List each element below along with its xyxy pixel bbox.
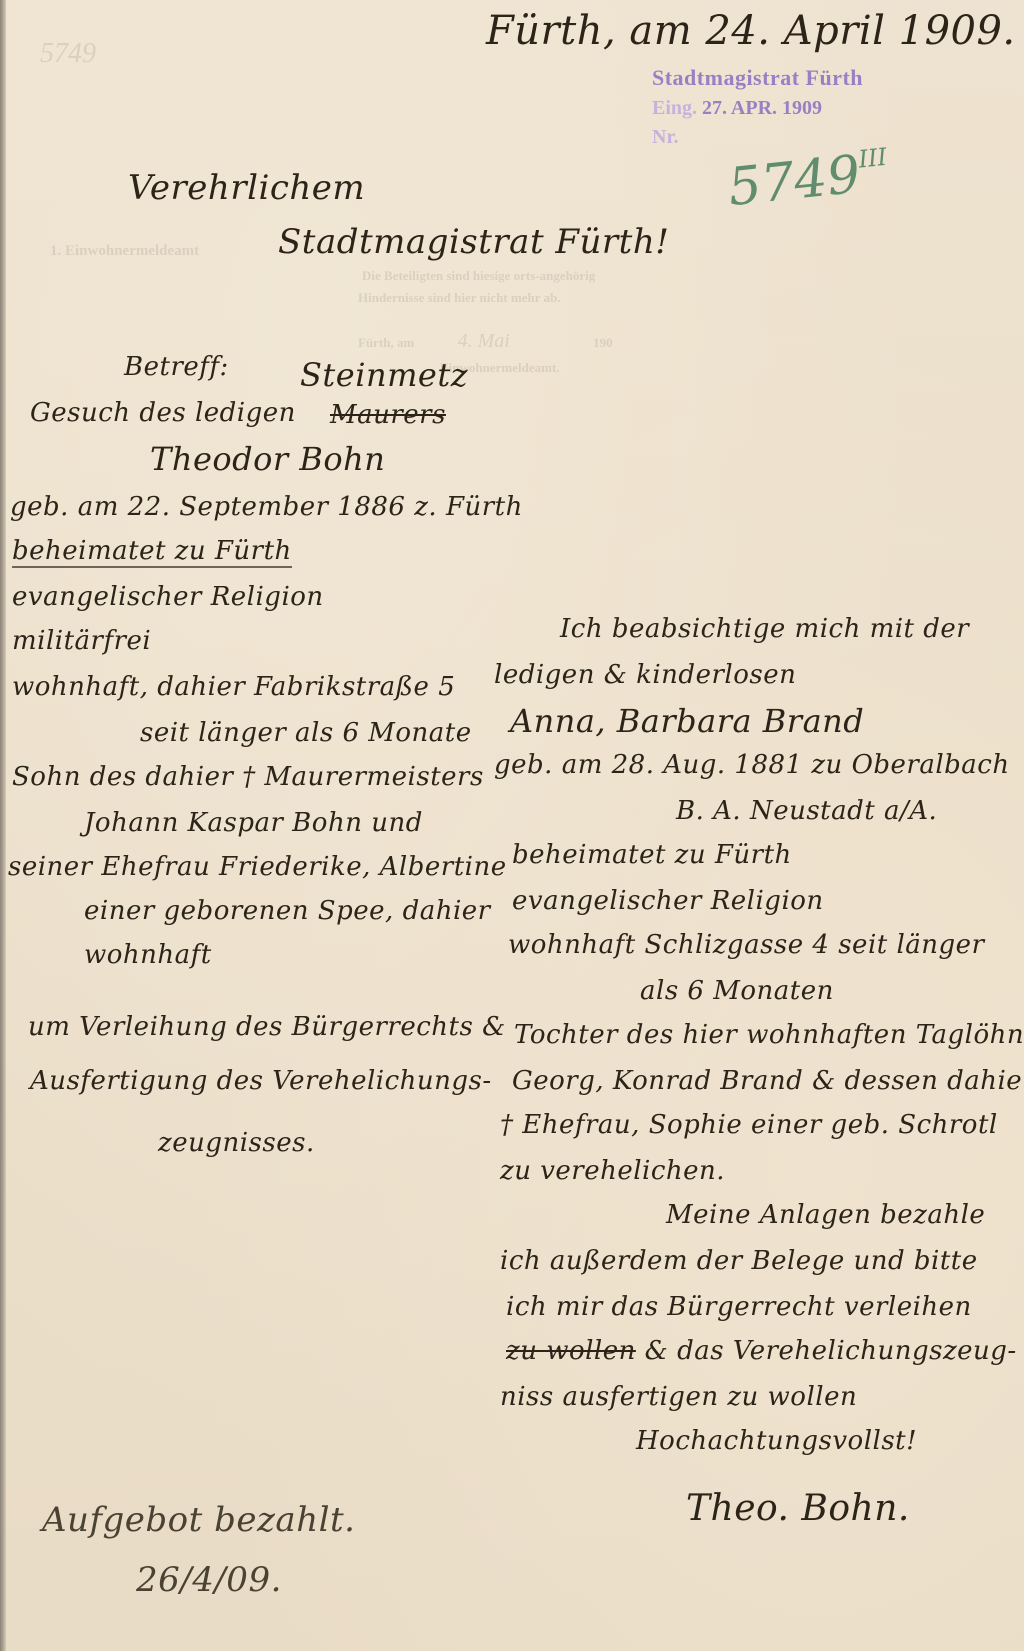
register-number-suffix: III bbox=[857, 143, 888, 174]
applicant-domicile: beheimatet zu Fürth bbox=[12, 536, 292, 566]
applicant-father-name: Johann Kaspar Bohn und bbox=[84, 808, 423, 838]
ghost-form-label: 1. Einwohnermeldeamt bbox=[50, 243, 199, 260]
ghost-register-number: 5749 bbox=[40, 38, 96, 70]
bride-father-name: Georg, Konrad Brand & dessen dahier bbox=[512, 1066, 1024, 1096]
bride-religion: evangelischer Religion bbox=[512, 886, 824, 916]
salutation-line-1: Verehrlichem bbox=[128, 168, 365, 208]
document-page: 5749 1. Einwohnermeldeamt Die Beteiligte… bbox=[0, 0, 1024, 1651]
request-line-2: Ausfertigung des Verehelichungs- bbox=[30, 1066, 492, 1096]
ghost-form-date: 4. Mai bbox=[458, 330, 510, 352]
bride-mother: † Ehefrau, Sophie einer geb. Schrotl bbox=[500, 1110, 998, 1140]
occupation-inserted: Steinmetz bbox=[300, 356, 468, 394]
salutation-line-2: Stadtmagistrat Fürth! bbox=[278, 222, 669, 262]
annotation-line-1: Aufgebot bezahlt. bbox=[42, 1500, 355, 1540]
applicant-birth: geb. am 22. September 1886 z. Fürth bbox=[10, 492, 523, 522]
intent-line-1: Ich beabsichtige mich mit der bbox=[560, 614, 969, 644]
closing-line-4: zu wollen & das Verehelichungszeug- bbox=[506, 1336, 1017, 1366]
struck-text: zu wollen bbox=[506, 1336, 636, 1366]
closing-continued-1: & das Verehelichungszeug- bbox=[645, 1336, 1017, 1366]
stamp-received-prefix: Eing. bbox=[652, 97, 697, 119]
subject-line-petition: Gesuch des ledigen bbox=[30, 398, 296, 428]
intent-line-2: ledigen & kinderlosen bbox=[494, 660, 796, 690]
closing-line-3: ich mir das Bürgerrecht verleihen bbox=[506, 1292, 972, 1322]
register-number-value: 5749 bbox=[725, 145, 863, 219]
annotation-date: 26/4/09. bbox=[136, 1560, 282, 1600]
applicant-mother-maiden: einer geborenen Spee, dahier bbox=[84, 896, 491, 926]
ghost-form-line-3: Fürth, am 4. Mai 190 bbox=[358, 330, 613, 353]
receipt-stamp: Stadtmagistrat Fürth Eing. 27. APR. 1909… bbox=[652, 62, 863, 152]
page-binding-edge bbox=[0, 0, 6, 1651]
ghost-form-year: 190 bbox=[593, 335, 613, 350]
applicant-address: wohnhaft, dahier Fabrikstraße 5 bbox=[12, 672, 455, 702]
register-number: 5749III bbox=[725, 142, 891, 218]
applicant-mother-residence: wohnhaft bbox=[84, 940, 212, 970]
bride-father-line: Tochter des hier wohnhaften Taglöhners bbox=[514, 1020, 1024, 1050]
bride-birth: geb. am 28. Aug. 1881 zu Oberalbach bbox=[494, 750, 1010, 780]
applicant-domicile-text: beheimatet zu Fürth bbox=[12, 536, 292, 568]
ghost-form-line-2: Hindernisse sind hier nicht mehr ab. bbox=[358, 290, 561, 306]
request-line-3: zeugnisses. bbox=[158, 1128, 315, 1158]
closing-line-1: Meine Anlagen bezahle bbox=[666, 1200, 985, 1230]
place-date: Fürth, am 24. April 1909. bbox=[486, 8, 1016, 54]
closing-line-2: ich außerdem der Belege und bitte bbox=[500, 1246, 978, 1276]
stamp-received-line: Eing. 27. APR. 1909 bbox=[652, 94, 863, 123]
marry-line: zu verehelichen. bbox=[500, 1156, 725, 1186]
occupation-struck: Maurers bbox=[330, 400, 446, 430]
ghost-form-line-1: Die Beteiligten sind hiesige orts-angehö… bbox=[362, 268, 595, 284]
bride-name: Anna, Barbara Brand bbox=[510, 702, 864, 740]
bride-domicile: beheimatet zu Fürth bbox=[512, 840, 792, 870]
applicant-residence-duration: seit länger als 6 Monate bbox=[140, 718, 472, 748]
closing-line-5: niss ausfertigen zu wollen bbox=[500, 1382, 857, 1412]
bride-birth-district: B. A. Neustadt a/A. bbox=[676, 796, 937, 826]
valediction: Hochachtungsvollst! bbox=[636, 1426, 917, 1456]
request-line-1: um Verleihung des Bürgerrechts & bbox=[28, 1012, 506, 1042]
stamp-authority: Stadtmagistrat Fürth bbox=[652, 62, 863, 94]
applicant-mother-line: seiner Ehefrau Friederike, Albertine bbox=[8, 852, 507, 882]
applicant-name: Theodor Bohn bbox=[150, 440, 385, 478]
ghost-form-place: Fürth, am bbox=[358, 335, 414, 350]
stamp-received-date: 27. APR. 1909 bbox=[702, 97, 822, 119]
applicant-religion: evangelischer Religion bbox=[12, 582, 324, 612]
applicant-military: militärfrei bbox=[12, 626, 151, 656]
subject-label: Betreff: bbox=[124, 352, 229, 382]
bride-residence-duration: als 6 Monaten bbox=[640, 976, 834, 1006]
applicant-father-line: Sohn des dahier † Maurermeisters bbox=[12, 762, 484, 792]
bride-address: wohnhaft Schlizgasse 4 seit länger bbox=[508, 930, 985, 960]
signature: Theo. Bohn. bbox=[686, 1488, 910, 1529]
